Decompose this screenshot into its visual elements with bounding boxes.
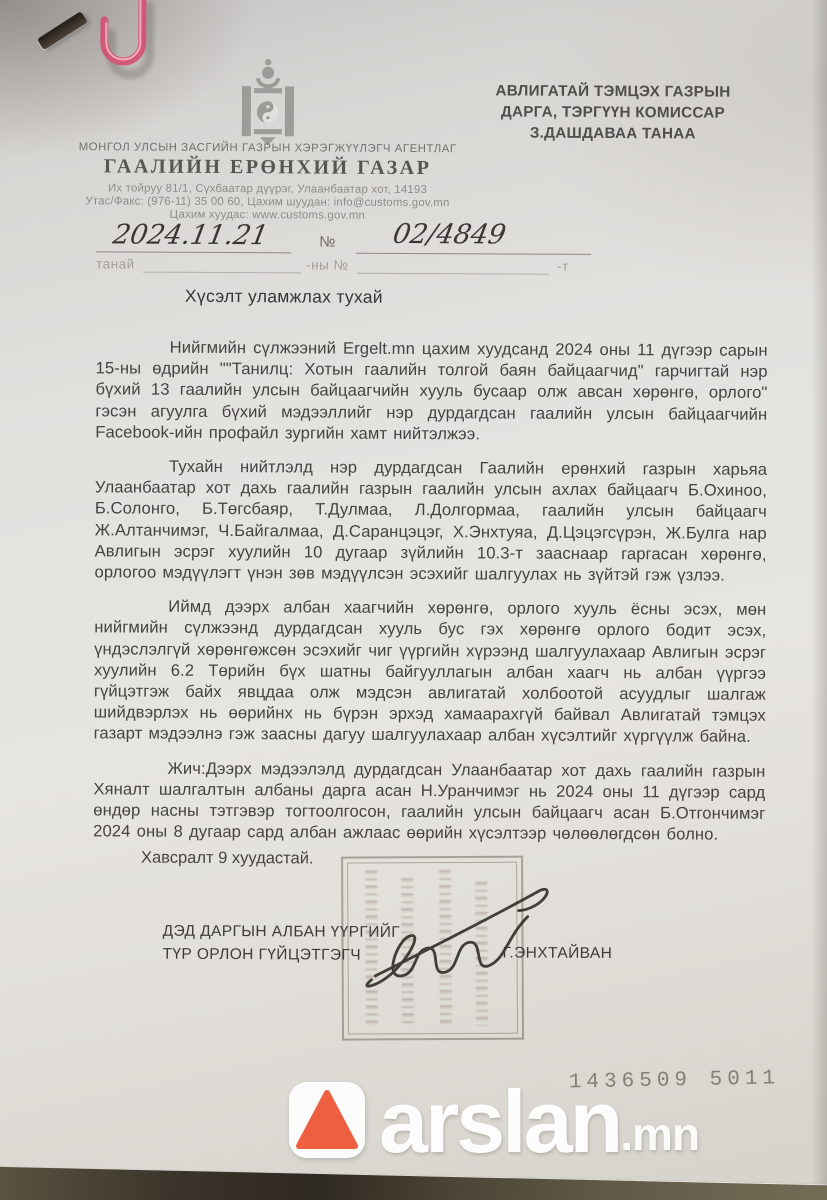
date-underline	[96, 251, 291, 253]
org-name: ГААЛИЙН ЕРӨНХИЙ ГАЗАР	[50, 155, 486, 180]
recipient-block: АВЛИГАТАЙ ТЭМЦЭХ ГАЗРЫН ДАРГА, ТЭРГҮҮН К…	[460, 80, 766, 145]
signer-title-line: ТҮР ОРЛОН ГҮЙЦЭТГЭГЧ	[162, 943, 400, 967]
handwritten-date: 2024.11.21	[110, 219, 270, 251]
signer-name: Г.ЭНХТАЙВАН	[502, 944, 612, 963]
paperclip-icon	[90, 0, 183, 101]
handwritten-doc-number: 02/4849	[390, 219, 508, 251]
agency-line: МОНГОЛ УЛСЫН ЗАСГИЙН ГАЗРЫН ХЭРЭГЖҮҮЛЭГЧ…	[50, 141, 486, 155]
number-underline	[356, 253, 591, 255]
document-photo: МОНГОЛ УЛСЫН ЗАСГИЙН ГАЗРЫН ХЭРЭГЖҮҮЛЭГЧ…	[0, 0, 827, 1200]
attachment-note: Хавсралт 9 хуудастай.	[141, 849, 314, 869]
paragraph: Нийгмийн сүлжээний Ergelt.mn цахим хуудс…	[95, 336, 768, 446]
paragraph: Иймд дээрх албан хаагчийн хөрөнгө, орлог…	[94, 596, 767, 748]
recipient-line: АВЛИГАТАЙ ТЭМЦЭХ ГАЗРЫН	[460, 80, 766, 103]
your-ref-suffix: -т	[557, 259, 569, 274]
number-sign: №	[319, 234, 335, 251]
org-address: Их тойруу 81/1, Сүхбаатар дүүрэг, Улаанб…	[49, 182, 485, 196]
signer-title-line: ДЭД ДАРГЫН АЛБАН ҮҮРГИЙГ	[163, 920, 401, 944]
paragraph: Тухайн нийтлэлд нэр дурдагдсан Гаалийн е…	[94, 455, 767, 586]
arslan-logo-icon	[289, 1082, 365, 1158]
paragraph: Жич:Дээрх мэдээлэлд дурдагдсан Улаанбаат…	[93, 757, 765, 845]
soyombo-emblem-icon	[240, 57, 296, 145]
subject-line: Хүсэлт уламжлах тухай	[185, 286, 383, 308]
your-ref-prefix: танай	[96, 256, 135, 271]
arslan-logo-tld: .mn	[620, 1111, 699, 1157]
recipient-line: З.ДАШДАВАА ТАНАА	[460, 122, 766, 145]
signer-title: ДЭД ДАРГЫН АЛБАН ҮҮРГИЙГ ТҮР ОРЛОН ГҮЙЦЭ…	[162, 920, 400, 967]
your-ref-mid: -ны №	[306, 257, 348, 272]
letter-body: Нийгмийн сүлжээний Ergelt.mn цахим хуудс…	[93, 336, 768, 858]
letter-content: МОНГОЛ УЛСЫН ЗАСГИЙН ГАЗРЫН ХЭРЭГЖҮҮЛЭГЧ…	[0, 0, 827, 1200]
recipient-line: ДАРГА, ТЭРГҮҮН КОМИССАР	[460, 101, 766, 124]
arslan-watermark-logo: arslan .mn	[289, 1082, 699, 1158]
your-ref-underline	[143, 272, 301, 274]
org-phone-email: Утас/Факс: (976-11) 35 00 60, Цахим шууд…	[49, 195, 485, 209]
arslan-triangle-icon	[289, 1082, 365, 1158]
arslan-logo-text: arslan	[379, 1086, 620, 1158]
your-ref-underline	[357, 273, 549, 275]
binder-slot-shadow	[37, 11, 88, 50]
